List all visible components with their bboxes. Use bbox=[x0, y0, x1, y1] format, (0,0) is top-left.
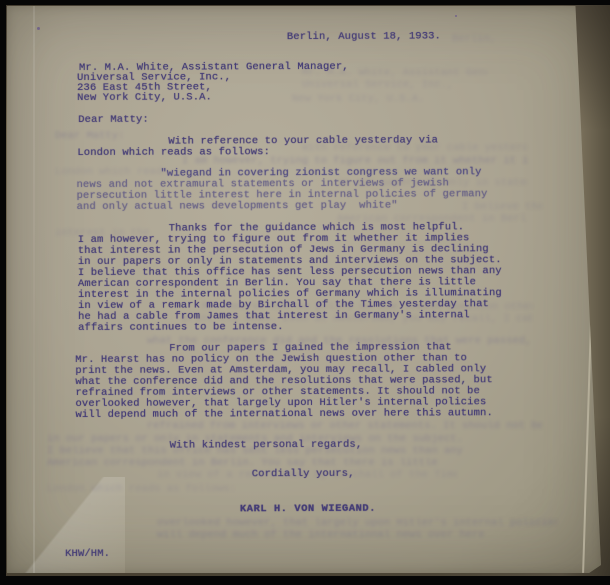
body-line: London which reads as follows: bbox=[77, 147, 270, 159]
signature: KARL H. VON WIEGAND. bbox=[240, 504, 376, 516]
typed-text: Berlin, August 18, 1933. Mr. M.A. White,… bbox=[7, 4, 603, 574]
body-line: will depend much of the international ne… bbox=[76, 408, 493, 421]
closing-valediction: Cordially yours, bbox=[252, 469, 355, 480]
closing-regards: With kindest personal regards, bbox=[170, 440, 363, 452]
letter-page: Berlin, August 18, 1933. Mr. M.A. White,… bbox=[7, 6, 601, 573]
salutation: Dear Matty: bbox=[78, 115, 149, 126]
photo-of-letter: Berlin, August 18, 1933. Mr. M.A. White,… bbox=[0, 0, 610, 585]
recipient-line: New York City, U.S.A. bbox=[77, 92, 212, 104]
dateline: Berlin, August 18, 1933. bbox=[287, 31, 441, 43]
cable-quote-line: and only actual news developments get pl… bbox=[77, 201, 398, 213]
body-line: affairs continues to be intense. bbox=[78, 322, 284, 334]
typist-initials: KHW/HM. bbox=[65, 549, 110, 560]
